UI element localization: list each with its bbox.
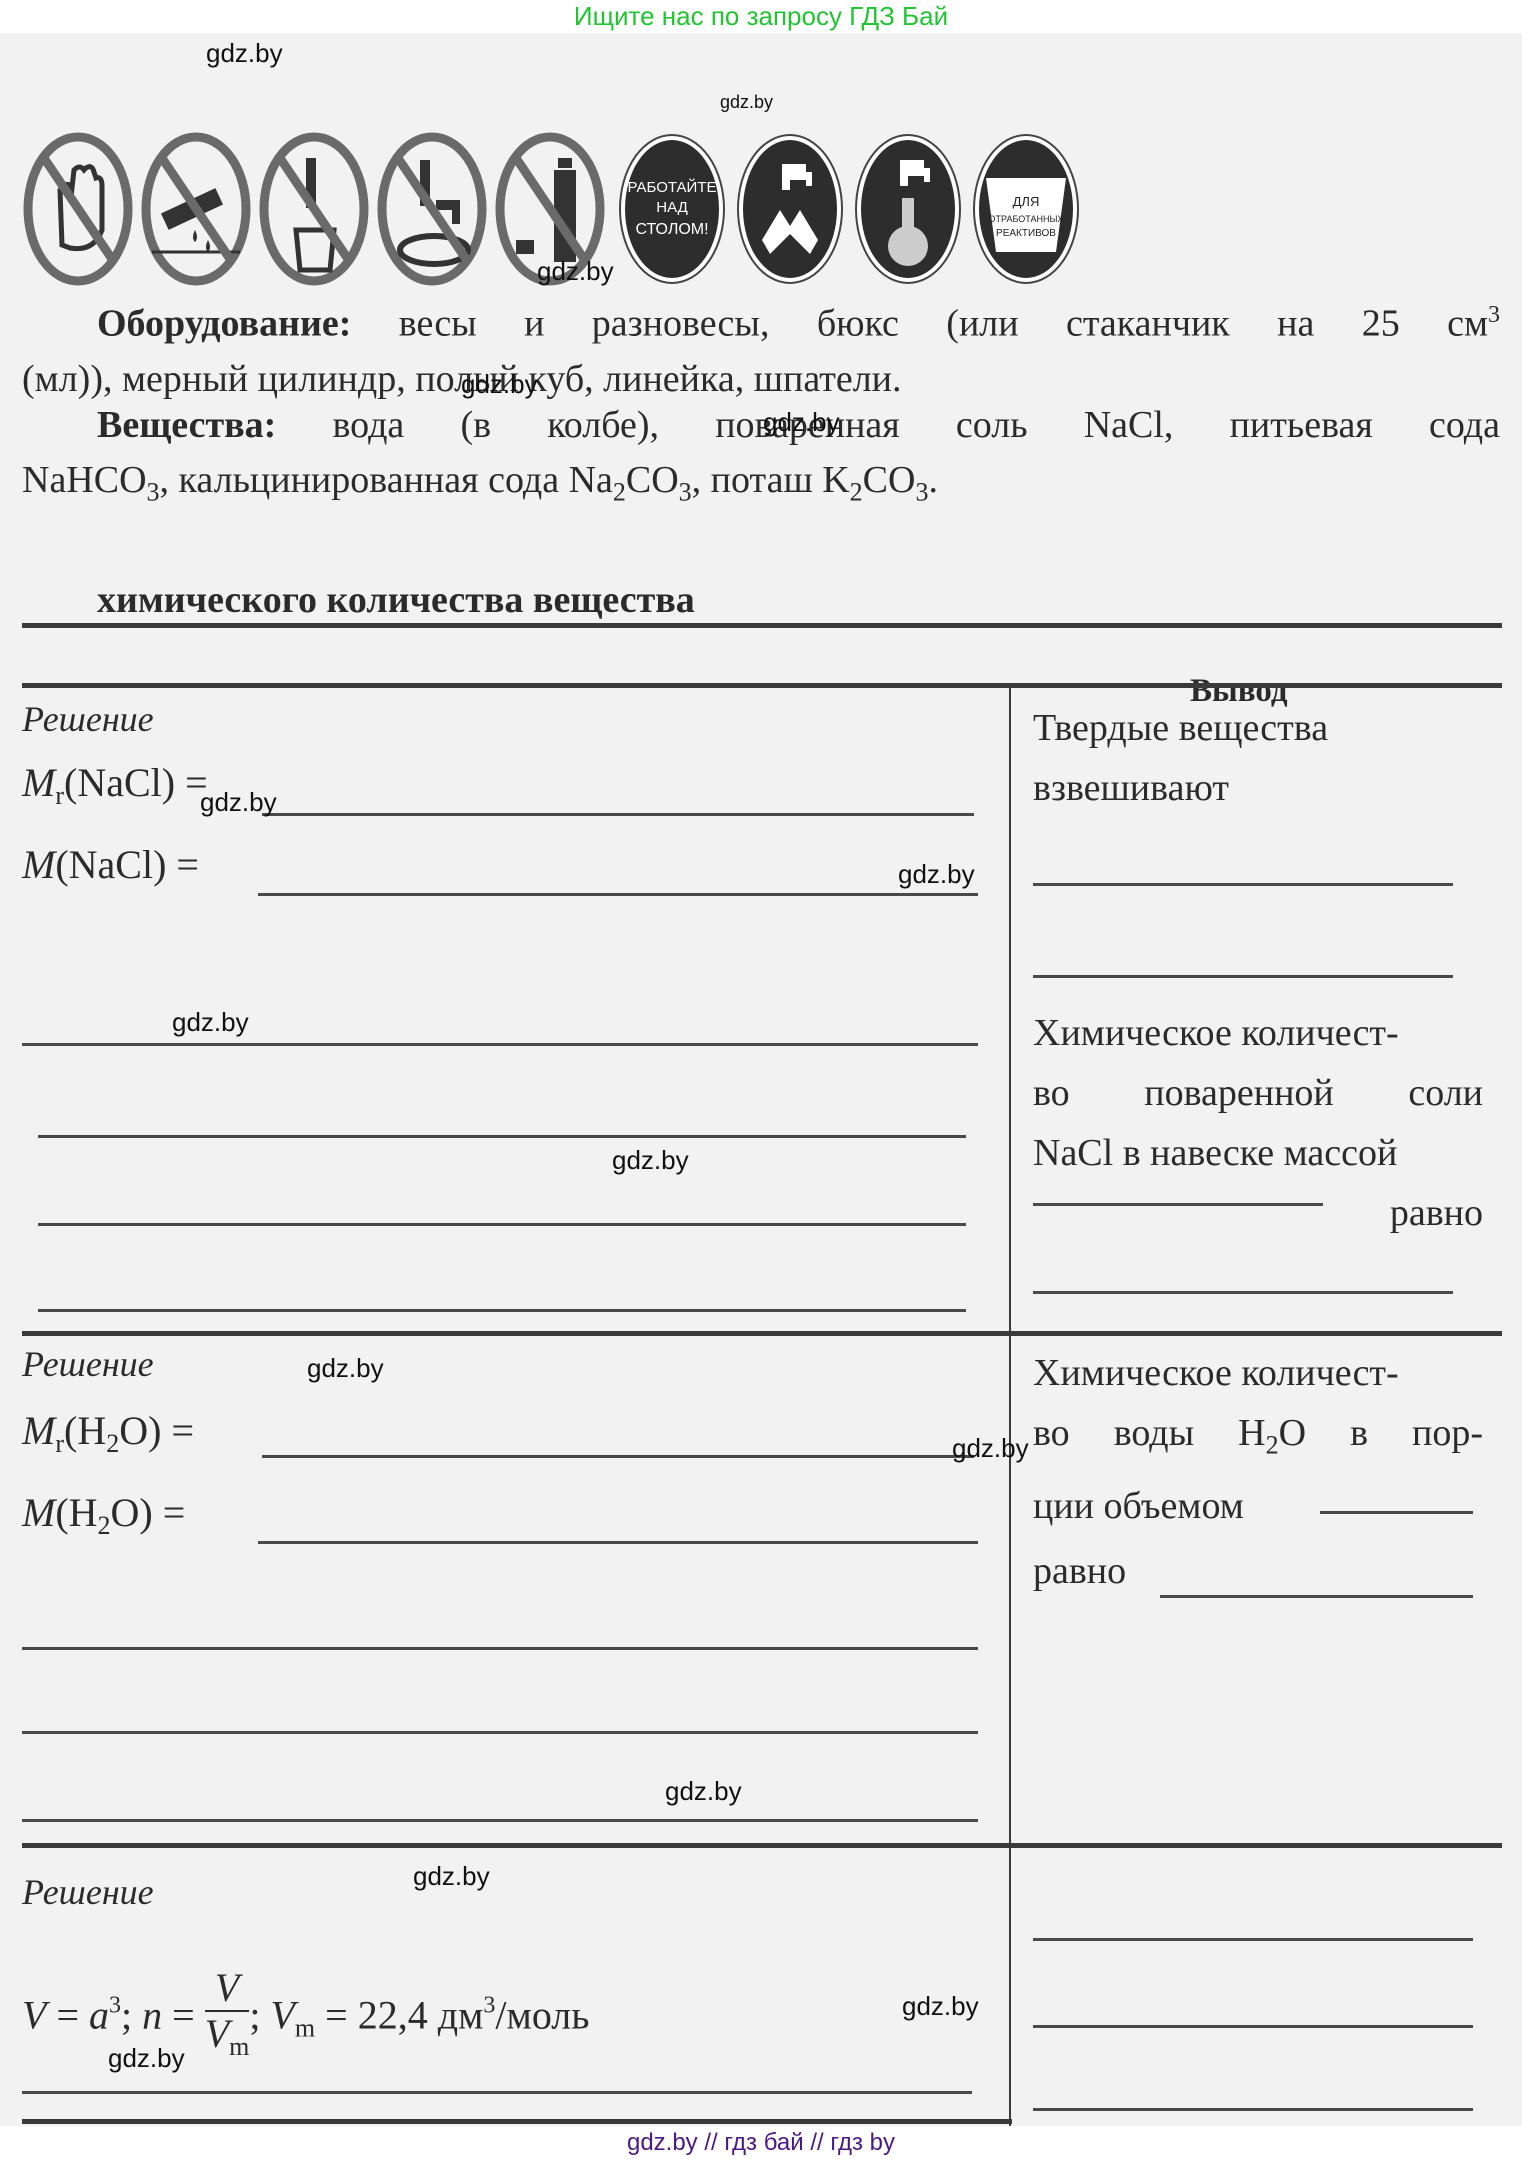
- work-over-table-sign-icon: РАБОТАЙТЕ НАД СТОЛОМ!: [616, 130, 728, 288]
- section-heading: химического количества вещества: [97, 578, 695, 622]
- no-sink-pour-sign-icon: [376, 130, 488, 288]
- watermark: gdz.by: [172, 1009, 249, 1035]
- answer-line[interactable]: [38, 1223, 966, 1226]
- svg-text:РЕАКТИВОВ: РЕАКТИВОВ: [996, 228, 1056, 239]
- watermark: gdz.by: [537, 258, 614, 284]
- answer-line[interactable]: [258, 893, 978, 896]
- equipment-label: Оборудование:: [97, 303, 351, 345]
- answer-line[interactable]: [1320, 1511, 1473, 1514]
- answer-line[interactable]: [22, 1731, 978, 1734]
- svg-text:СТОЛОМ!: СТОЛОМ!: [635, 221, 708, 238]
- conclusion-2: Химическое количест- во поваренной соли …: [1033, 1003, 1483, 1243]
- answer-line[interactable]: [1033, 1938, 1473, 1941]
- watermark: gdz.by: [206, 40, 283, 66]
- watermark: gdz.by: [413, 1863, 490, 1889]
- answer-line[interactable]: [1033, 1203, 1323, 1206]
- answer-line[interactable]: [1033, 1291, 1453, 1294]
- answer-line[interactable]: [1160, 1595, 1473, 1598]
- watermark: gdz.by: [200, 789, 277, 815]
- answer-line[interactable]: [1033, 975, 1453, 978]
- answer-line[interactable]: [22, 1819, 978, 1822]
- waste-container-sign-icon: ДЛЯ ОТРАБОТАННЫХ РЕАКТИВОВ: [970, 130, 1082, 288]
- bottom-banner: gdz.by // гдз бай // гдз by: [0, 2126, 1522, 2159]
- answer-line[interactable]: [262, 813, 974, 816]
- answer-line[interactable]: [22, 2091, 972, 2094]
- svg-text:НАД: НАД: [656, 199, 688, 216]
- svg-text:ДЛЯ: ДЛЯ: [1013, 194, 1040, 209]
- watermark: gdz.by: [612, 1147, 689, 1173]
- block-divider: [22, 1843, 1502, 1848]
- watermark: gdz.by: [108, 2045, 185, 2071]
- formula-m-h2o: M(H2O) =: [22, 1493, 185, 1539]
- no-drinking-sign-icon: [258, 130, 370, 288]
- watermark: gdz.by: [665, 1778, 742, 1804]
- answer-line[interactable]: [262, 1455, 974, 1458]
- answer-line[interactable]: [1033, 2025, 1473, 2028]
- answer-line[interactable]: [1033, 2108, 1473, 2111]
- answer-line[interactable]: [1033, 883, 1453, 886]
- answer-line[interactable]: [22, 1043, 978, 1046]
- watermark: gdz.by: [720, 93, 773, 111]
- table-top-rule: [22, 623, 1502, 628]
- equipment-paragraph: Оборудование: весы и разновесы, бюкс (ил…: [22, 288, 1500, 407]
- watermark: gdz.by: [307, 1355, 384, 1381]
- header-rule: [22, 683, 1502, 688]
- no-touching-sign-icon: [22, 130, 134, 288]
- wash-hands-sign-icon: [734, 130, 846, 288]
- solution-label-1: Решение: [22, 698, 154, 740]
- formula-mr-h2o: Mr(H2O) =: [22, 1411, 194, 1457]
- block-divider: [22, 1331, 1502, 1336]
- watermark: gdz.by: [898, 861, 975, 887]
- conclusion-1: Твердые вещества взвешивают: [1033, 698, 1483, 818]
- watermark: gdz.by: [902, 1993, 979, 2019]
- svg-text:ОТРАБОТАННЫХ: ОТРАБОТАННЫХ: [989, 214, 1064, 224]
- conclusion-3: Химическое количест- во воды H2O в пор- …: [1033, 1343, 1483, 1536]
- conclusion-3-end: равно: [1033, 1541, 1483, 1601]
- watermark: gdz.by: [952, 1435, 1029, 1461]
- formula-m-nacl: M(NaCl) =: [22, 845, 199, 885]
- watermark: gdz.by: [763, 409, 840, 435]
- watermark: gdz.by: [461, 371, 538, 397]
- formula-mr-nacl: Mr(NaCl) =: [22, 763, 208, 809]
- answer-line[interactable]: [38, 1135, 966, 1138]
- substances-label: Вещества:: [97, 404, 276, 446]
- solution-label-2: Решение: [22, 1343, 154, 1385]
- column-divider: [1009, 688, 1011, 2126]
- top-banner: Ищите нас по запросу ГДЗ Бай: [0, 0, 1522, 33]
- safety-signs-row: РАБОТАЙТЕ НАД СТОЛОМ! ДЛЯ ОТРАБОТАНН: [22, 130, 1512, 290]
- solution-label-3: Решение: [22, 1871, 154, 1913]
- workbook-page: РАБОТАЙТЕ НАД СТОЛОМ! ДЛЯ ОТРАБОТАНН: [0, 33, 1522, 2126]
- substances-paragraph: Вещества: вода (в колбе), поваренная сол…: [22, 398, 1500, 520]
- answer-line[interactable]: [38, 1309, 966, 1312]
- answer-line[interactable]: [258, 1541, 978, 1544]
- answer-line[interactable]: [22, 1647, 978, 1650]
- page-bottom-rule: [22, 2119, 1012, 2124]
- wash-glassware-sign-icon: [852, 130, 964, 288]
- svg-text:РАБОТАЙТЕ: РАБОТАЙТЕ: [628, 178, 717, 196]
- no-spill-sign-icon: [140, 130, 252, 288]
